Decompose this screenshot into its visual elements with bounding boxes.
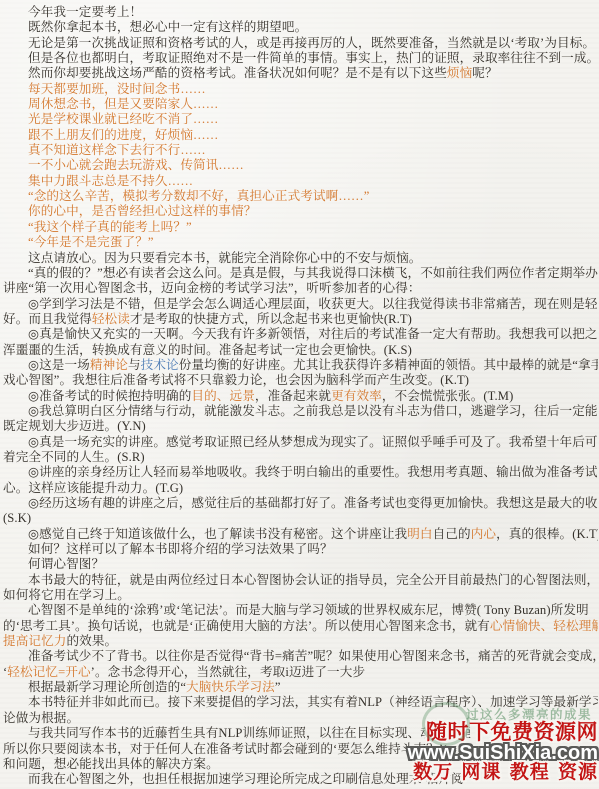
highlighted-text-orange: 每天都要加班，没时间念书……	[28, 82, 206, 96]
text-line: 集中力跟斗志总是不持久……	[3, 174, 598, 189]
body-text: 才是考取的快捷方式，所以念起书来也更愉快(R.T)	[130, 312, 412, 326]
body-text: 心智图不是单纯的‘涂鸦’或‘笔记法’。而是大脑与学习领域的世界权威东尼，博赞( …	[28, 603, 589, 617]
text-line: 既然你拿起本书，想必心中一定有这样的期望吧。	[3, 20, 598, 35]
text-line: 何谓心智图？	[3, 557, 598, 572]
text-line: 根据最新学习理论所创造的“大脑快乐学习法”	[3, 680, 598, 695]
body-text: 如何？这样可以了解本书即将介绍的学习法效果了吗？	[28, 542, 333, 556]
body-text: ’。念书念得开心，当然就往，考取i迈进了一大步	[91, 665, 365, 679]
stamp-circle-icon	[422, 702, 470, 746]
body-text: 既然你拿起本书，想必心中一定有这样的期望吧。	[28, 20, 307, 34]
highlighted-text-orange: 内心	[471, 527, 496, 541]
body-text: “真的假的？”想必有读者会这么问。是真是假，与其我说得口沫横飞，不如前往我们两位…	[28, 266, 598, 280]
body-text: 呢？	[472, 66, 497, 80]
text-line: 但是各位也都明白，考取证照绝对不是一件简单的事情。事实上，热门的证照，录取率往往…	[3, 51, 598, 66]
watermark: 过这么多漂亮的成果 随时下免费资源网 www.SuiShiXia.com 数万 …	[348, 708, 598, 783]
highlighted-text-orange: 更有效率	[331, 389, 382, 403]
highlighted-text-orange: 一不小心就会跑去玩游戏、传简讯……	[28, 158, 244, 172]
text-line: ◎真是一场充实的讲座。感觉考取证照已经从梦想成为现实了。证照似乎唾手可及了。我希…	[3, 435, 598, 450]
text-line: ◎感觉自己终于知道该做什么，也了解读书没有秘密。这个讲座让我明白自己的内心，真的…	[3, 527, 598, 542]
text-line: 一不小心就会跑去玩游戏、传简讯……	[3, 158, 598, 173]
body-text: ◎这是一场	[28, 358, 90, 372]
body-text: 无论是第一次挑战证照和资格考试的人，或是再接再厉的人，既然要准备，当然就是以‘考…	[28, 36, 595, 50]
text-line: 戏心智图”。我想往后准备考试将不只靠毅力论，也会因为脑科学而产生改变。(K.T)	[3, 373, 598, 388]
text-line: ◎讲座的亲身经历让人轻而易举地吸收。我终于明白输出的重要性。我想用考真题、输出做…	[3, 465, 598, 480]
text-line: ‘轻松记忆=开心’。念书念得开心，当然就往，考取i迈进了一大步	[3, 665, 598, 680]
body-text: ◎经历这场有趣的讲座之后，感觉往后的基础都打好了。准备考试也变得更加愉快。我想这…	[28, 496, 598, 510]
text-line: 如何将它用在学习上。	[3, 588, 598, 603]
body-text: ，准备起来就	[255, 389, 331, 403]
text-line: 着完全不同的人生。(S.R)	[3, 450, 598, 465]
text-line: ◎这是一场精神论与技术论份量均衡的好讲座。尤其让我获得许多精神面的领悟。其中最棒…	[3, 358, 598, 373]
body-text: ”	[275, 680, 281, 694]
body-text: 心。这样应该能提升动力。(T.G)	[3, 481, 183, 495]
text-line: ◎学到学习法是不错，但是学会怎么调适心理层面，收获更大。以往我觉得读书非常痛苦，…	[3, 297, 598, 312]
body-text: ◎真是一场充实的讲座。感觉考取证照已经从梦想成为现实了。证照似乎唾手可及了。我希…	[28, 435, 598, 449]
body-text: ◎准备考试的时候抱持明确的	[28, 389, 191, 403]
watermark-site-url: www.SuiShiXia.com	[348, 743, 598, 763]
highlighted-text-orange: 目的、远景	[191, 389, 254, 403]
body-text: ，不会慌慌张张。(T.M)	[382, 389, 514, 403]
highlighted-text-orange: 光是学校课业就已经吃不消了……	[28, 112, 218, 126]
text-line: “我这个样子真的能考上吗？”	[3, 220, 598, 235]
scanned-book-page: { "colors": { "body_text": "#34302a", "h…	[0, 0, 599, 789]
text-line: 你的心中，是否曾经担心过这样的事情？	[3, 204, 598, 219]
highlighted-text-orange: 精神论	[90, 358, 128, 372]
body-text: 着完全不同的人生。(S.R)	[3, 450, 145, 464]
text-line: 然而你却要挑战这场严酷的资格考试。准备状况如何呢？是不是有以下这些烦恼呢？	[3, 66, 598, 81]
body-text: 准备考试少不了背书。以往你是否觉得“背书=痛苦”呢？如果使用心智图来念书，痛苦的…	[28, 649, 598, 663]
body-text: 好。而且我觉得	[3, 312, 92, 326]
highlighted-text-orange: 轻松记忆=开心	[7, 665, 90, 679]
text-line: 准备考试少不了背书。以往你是否觉得“背书=痛苦”呢？如果使用心智图来念书，痛苦的…	[3, 649, 598, 664]
text-line: 跟不上朋友们的进度，好烦恼……	[3, 128, 598, 143]
body-text: ◎讲座的亲身经历让人轻而易举地吸收。我终于明白输出的重要性。我想用考真题、输出做…	[28, 465, 598, 479]
text-line: ◎真是愉快又充实的一天啊。今天我有许多新领悟，对往后的考试准备一定大有帮助。我想…	[3, 327, 598, 342]
body-text: 自己的	[433, 527, 471, 541]
body-text: 与	[128, 358, 141, 372]
body-text: 的效果。	[66, 634, 117, 648]
body-text: 然而你却要挑战这场严酷的资格考试。准备状况如何呢？是不是有以下这些	[28, 66, 447, 80]
highlighted-text-orange: 轻松读	[92, 312, 130, 326]
body-text: 的‘思考工具’。换句话说，也就是‘正确使用大脑的方法’。所以使用心智图来念书，就…	[3, 619, 490, 633]
text-line: (S.K)	[3, 511, 598, 526]
text-line: “今年是不是完蛋了？”	[3, 235, 598, 250]
text-line: 如何？这样可以了解本书即将介绍的学习法效果了吗？	[3, 542, 598, 557]
body-text: 份量均衡的好讲座。尤其让我获得许多精神面的领悟。其中最棒的就是“拿手好	[179, 358, 598, 372]
body-text: 和问题，想必能找出具体的解决方案。	[3, 757, 219, 771]
document-text: 今年我一定要考上！既然你拿起本书，想必心中一定有这样的期望吧。无论是第一次挑战证…	[3, 5, 598, 788]
body-text: 浑噩噩的生活，转换成有意义的时间。准备起考试一定也会更愉快。(K.S)	[3, 343, 412, 357]
text-line: ◎我总算明白区分情绪与行动，就能激发斗志。之前我总是以没有斗志为借口，逃避学习，…	[3, 404, 598, 419]
highlighted-text-orange: 明白	[407, 527, 432, 541]
body-text: 这点请放心。因为只要看完本书，就能完全消除你心中的不安与烦恼。	[28, 251, 422, 265]
text-line: ◎经历这场有趣的讲座之后，感觉往后的基础都打好了。准备考试也变得更加愉快。我想这…	[3, 496, 598, 511]
body-text: 但是各位也都明白，考取证照绝对不是一件简单的事情。事实上，热门的证照，录取率往往…	[28, 51, 598, 65]
text-line: 既定规划大步迈进。(Y.N)	[3, 419, 598, 434]
text-line: 心智图不是单纯的‘涂鸦’或‘笔记法’。而是大脑与学习领域的世界权威东尼，博赞( …	[3, 603, 598, 618]
body-text: ◎学到学习法是不错，但是学会怎么调适心理层面，收获更大。以往我觉得读书非常痛苦，…	[28, 297, 598, 311]
watermark-tagline: 数万 网课 教程 资源	[348, 763, 598, 783]
highlighted-text-orange: “念的这么辛苦，模拟考分数却不好，真担心正式考试啊……”	[28, 189, 369, 203]
body-text: 戏心智图”。我想往后准备考试将不只靠毅力论，也会因为脑科学而产生改变。(K.T)	[3, 373, 469, 387]
text-line: 心。这样应该能提升动力。(T.G)	[3, 481, 598, 496]
highlighted-text-orange: 真不知道这样念下去行不行……	[28, 143, 206, 157]
text-line: 好。而且我觉得轻松读才是考取的快捷方式，所以念起书来也更愉快(R.T)	[3, 312, 598, 327]
body-text: ◎我总算明白区分情绪与行动，就能激发斗志。之前我总是以没有斗志为借口，逃避学习，…	[28, 404, 598, 418]
highlighted-text-orange: 你的心中，是否曾经担心过这样的事情？	[28, 204, 257, 218]
watermark-site-name: 随时下免费资源网	[348, 723, 598, 743]
text-line: “真的假的？”想必有读者会这么问。是真是假，与其我说得口沫横飞，不如前往我们两位…	[3, 266, 598, 281]
text-line: 浑噩噩的生活，转换成有意义的时间。准备起考试一定也会更愉快。(K.S)	[3, 343, 598, 358]
text-line: 每天都要加班，没时间念书……	[3, 82, 598, 97]
highlighted-text-orange: “我这个样子真的能考上吗？”	[28, 220, 192, 234]
body-text: 何谓心智图？	[28, 557, 104, 571]
body-text: 今年我一定要考上！	[28, 5, 142, 19]
body-text: 根据最新学习理论所创造的“	[28, 680, 186, 694]
text-line: 周休想念书，但是又要陪家人……	[3, 97, 598, 112]
body-text: 讲座“第一次用心智图念书，迈向金榜的考试学习法”，听听参加者的心得：	[3, 281, 421, 295]
body-text: 论做为根据。	[3, 711, 79, 725]
text-line: “念的这么辛苦，模拟考分数却不好，真担心正式考试啊……”	[3, 189, 598, 204]
body-text: (S.K)	[3, 511, 31, 525]
text-line: 本书最大的特征，就是由两位经过日本心智图协会认证的指导员，完全公开目前最热门的心…	[3, 573, 598, 588]
highlighted-text-orange: 集中力跟斗志总是不持久……	[28, 174, 193, 188]
body-text: 本书最大的特征，就是由两位经过日本心智图协会认证的指导员，完全公开目前最热门的心…	[28, 573, 598, 587]
body-text: ，真的很棒。(K.T)	[496, 527, 598, 541]
highlighted-text-orange: 烦恼	[447, 66, 472, 80]
body-text: 既定规划大步迈进。(Y.N)	[3, 419, 146, 433]
text-line: 真不知道这样念下去行不行……	[3, 143, 598, 158]
highlighted-text-orange: 跟不上朋友们的进度，好烦恼……	[28, 128, 218, 142]
highlighted-text-orange: “今年是不是完蛋了？”	[28, 235, 154, 249]
highlighted-text-orange: 大脑快乐学习法	[186, 680, 275, 694]
text-line: 无论是第一次挑战证照和资格考试的人，或是再接再厉的人，既然要准备，当然就是以‘考…	[3, 36, 598, 51]
highlighted-text-blue: 技术论	[141, 358, 179, 372]
text-line: ◎准备考试的时候抱持明确的目的、远景，准备起来就更有效率，不会慌慌张张。(T.M…	[3, 389, 598, 404]
highlighted-text-orange: 提高记忆力	[3, 634, 66, 648]
text-line: 这点请放心。因为只要看完本书，就能完全消除你心中的不安与烦恼。	[3, 251, 598, 266]
text-line: 光是学校课业就已经吃不消了……	[3, 112, 598, 127]
body-text: ◎真是愉快又充实的一天啊。今天我有许多新领悟，对往后的考试准备一定大有帮助。我想…	[28, 327, 598, 341]
highlighted-text-orange: 心情愉快、轻松理解、	[490, 619, 598, 633]
body-text: ◎感觉自己终于知道该做什么，也了解读书没有秘密。这个讲座让我	[28, 527, 407, 541]
text-line: 今年我一定要考上！	[3, 5, 598, 20]
body-text: 如何将它用在学习上。	[3, 588, 130, 602]
text-line: 讲座“第一次用心智图念书，迈向金榜的考试学习法”，听听参加者的心得：	[3, 281, 598, 296]
highlighted-text-orange: 周休想念书，但是又要陪家人……	[28, 97, 218, 111]
text-line: 的‘思考工具’。换句话说，也就是‘正确使用大脑的方法’。所以使用心智图来念书，就…	[3, 619, 598, 634]
text-line: 提高记忆力的效果。	[3, 634, 598, 649]
